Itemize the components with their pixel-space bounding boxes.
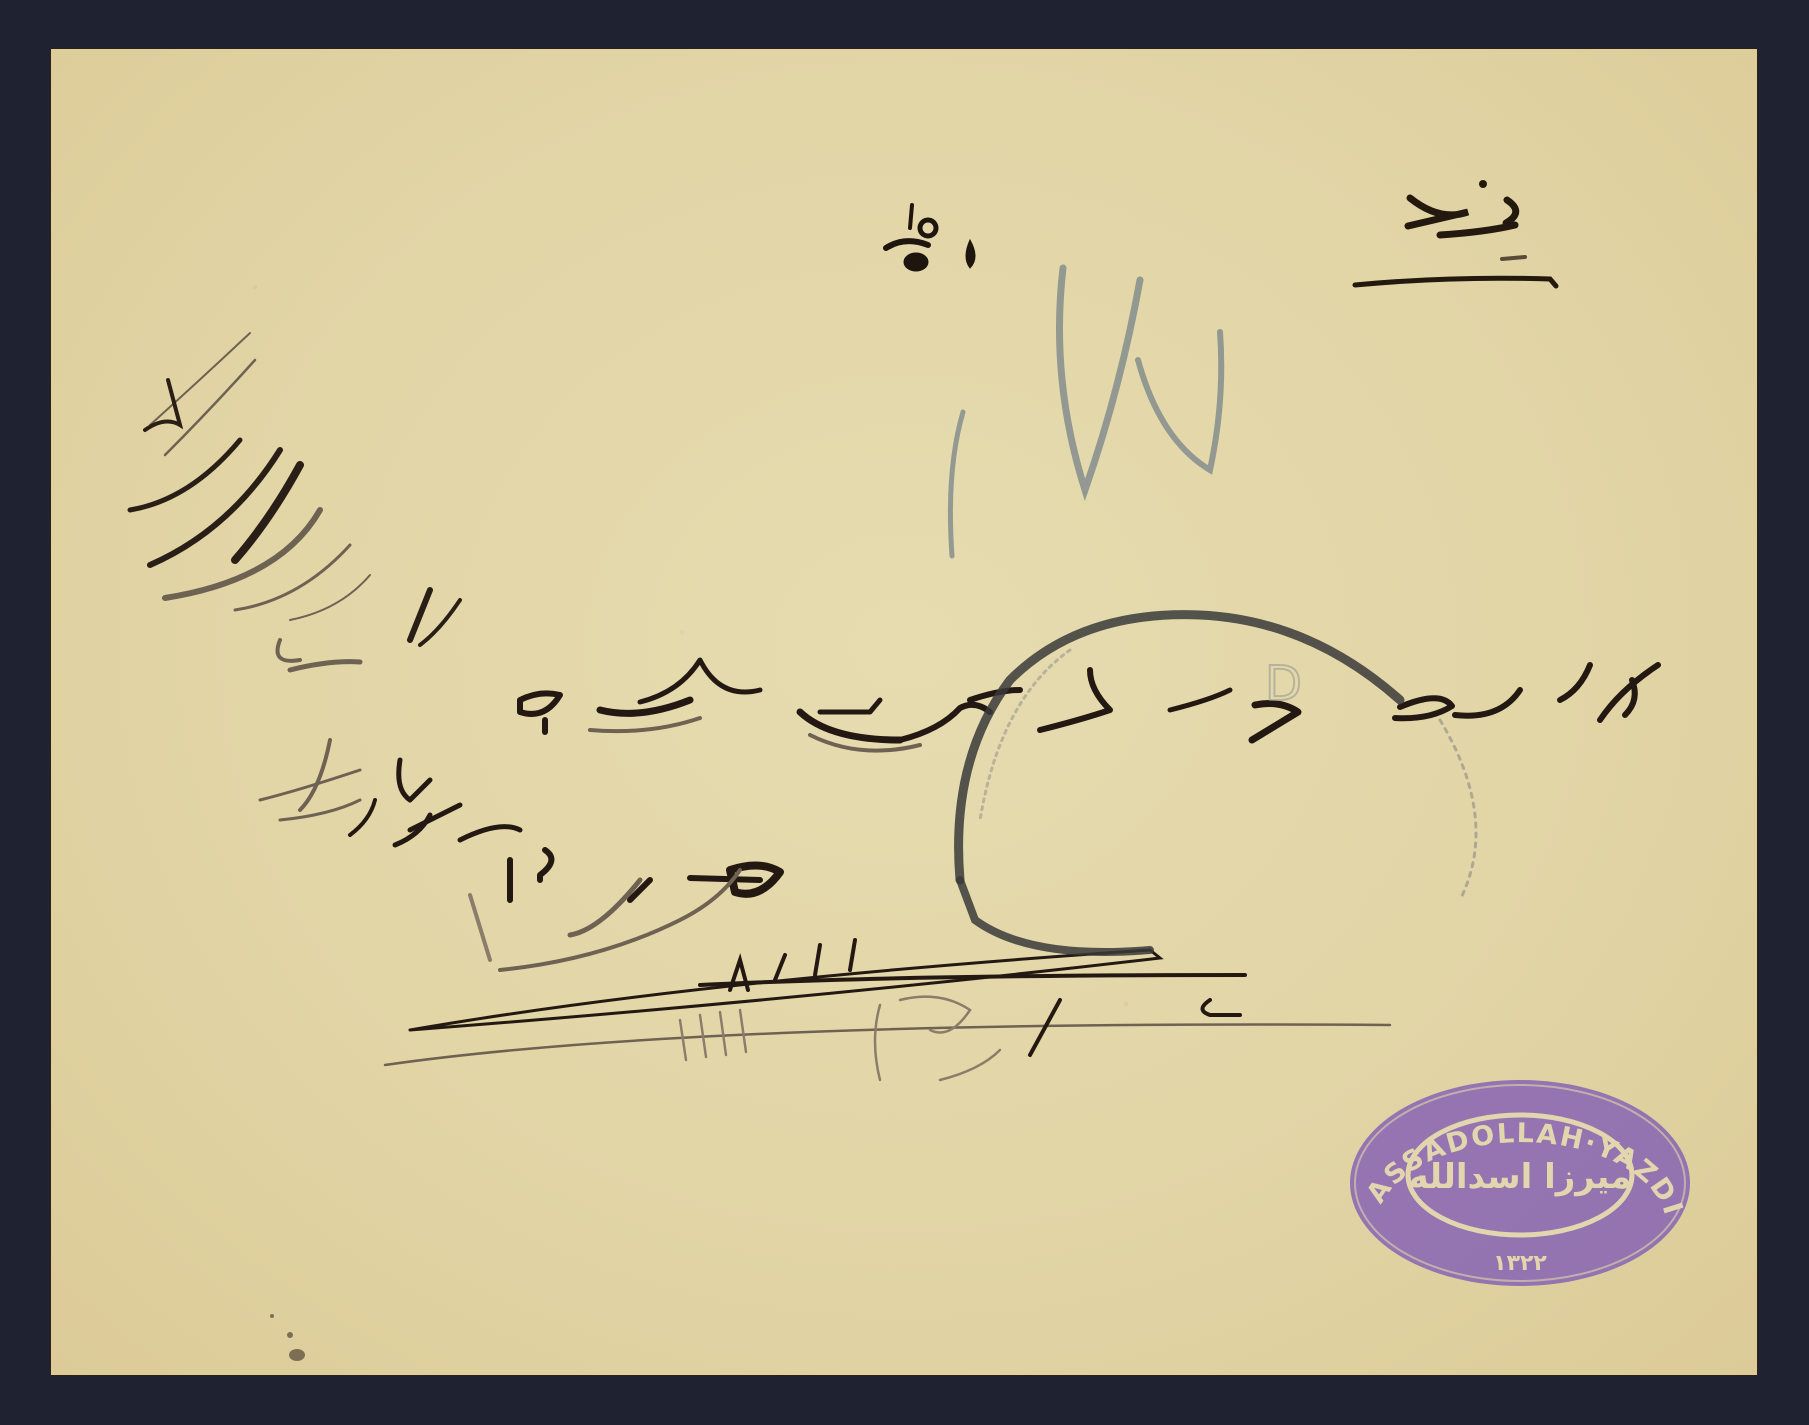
pencil-numeral — [950, 268, 1221, 556]
top-right-mark — [1355, 180, 1556, 286]
svg-text:D: D — [1265, 656, 1302, 712]
postmark: D — [959, 615, 1476, 952]
secondary-address-line — [260, 740, 780, 970]
main-address-line — [520, 660, 1658, 751]
svg-text:میرزا اسدالله: میرزا اسدالله — [1409, 1157, 1632, 1197]
top-center-mark — [886, 205, 975, 271]
envelope-markings: D ASSADOLLAH·YAZDI میرزا اسدالله ١٣٢٢ — [0, 0, 1809, 1425]
ink-smudge — [270, 1314, 305, 1361]
svg-text:١٣٢٢: ١٣٢٢ — [1493, 1251, 1547, 1276]
left-margin-script — [130, 333, 460, 670]
date-line — [385, 940, 1390, 1080]
seal-stamp: ASSADOLLAH·YAZDI میرزا اسدالله ١٣٢٢ — [1350, 1080, 1690, 1286]
